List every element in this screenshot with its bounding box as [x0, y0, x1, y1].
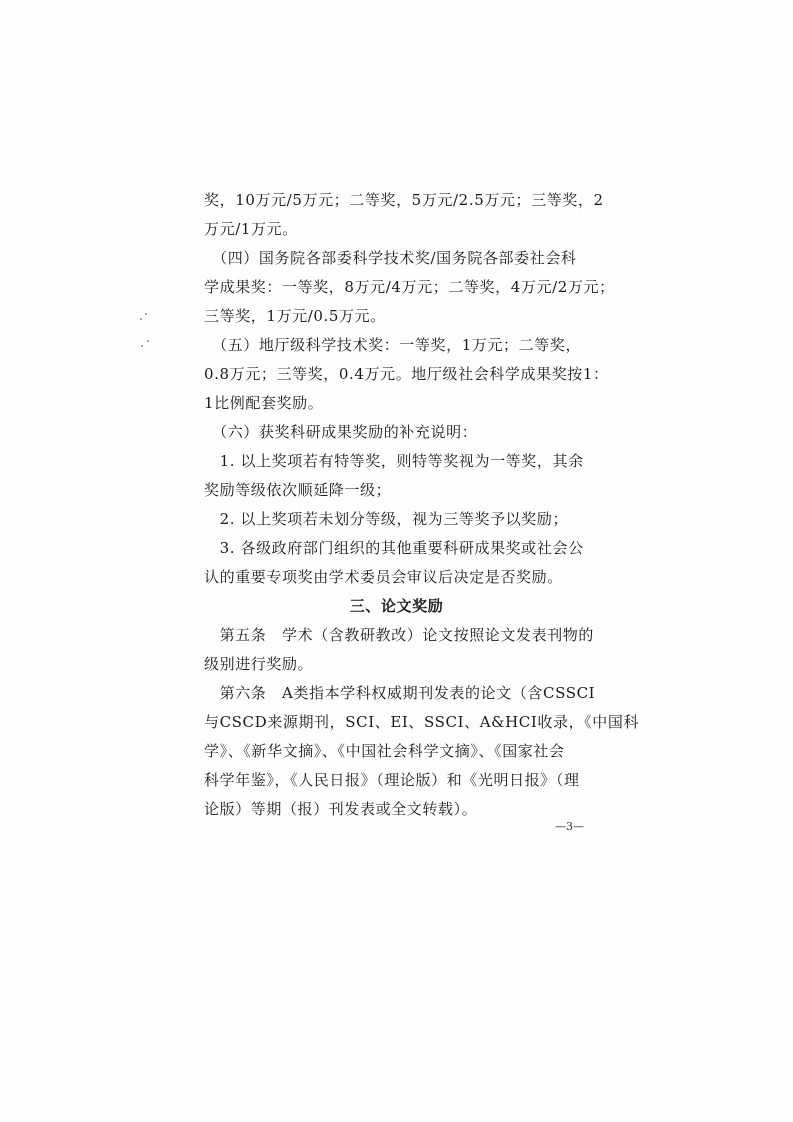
text-line: （六）获奖科研成果奖励的补充说明： — [204, 422, 584, 442]
document-page: 奖，10万元/5万元；二等奖，5万元/2.5万元；三等奖，2 万元/1万元。 （… — [0, 0, 793, 1122]
text-line: 论版）等期（报）刊发表或全文转载）。 — [204, 799, 584, 819]
scan-speck — [141, 345, 143, 347]
text-line: 学成果奖：一等奖，8万元/4万元；二等奖，4万元/2万元； — [204, 277, 584, 297]
scan-speck — [140, 318, 142, 320]
text-line: 0.8万元；三等奖，0.4万元。地厅级社会科学成果奖按1： — [204, 364, 584, 384]
text-line: 第六条 A类指本学科权威期刊发表的论文（含CSSCI — [204, 683, 584, 703]
text-line: 奖励等级依次顺延降一级； — [204, 480, 584, 500]
text-line: 1比例配套奖励。 — [204, 393, 584, 413]
text-line: 3. 各级政府部门组织的其他重要科研成果奖或社会公 — [204, 538, 584, 558]
text-line: 2. 以上奖项若未划分等级，视为三等奖予以奖励； — [204, 509, 584, 529]
text-line: 认的重要专项奖由学术委员会审议后决定是否奖励。 — [204, 567, 584, 587]
scan-speck — [147, 340, 149, 342]
text-line: 奖，10万元/5万元；二等奖，5万元/2.5万元；三等奖，2 — [204, 190, 584, 210]
text-line: 三等奖，1万元/0.5万元。 — [204, 306, 584, 326]
scan-speck — [145, 313, 147, 315]
section-heading: 三、论文奖励 — [0, 596, 793, 616]
text-line: 学》、《新华文摘》、《中国社会科学文摘》、《国家社会 — [204, 741, 584, 761]
text-line: 第五条 学术（含教研教改）论文按照论文发表刊物的 — [204, 625, 584, 645]
text-line: （五）地厅级科学技术奖：一等奖，1万元；二等奖， — [204, 335, 584, 355]
text-line: 科学年鉴》，《人民日报》（理论版）和《光明日报》（理 — [204, 770, 584, 790]
text-line: 1. 以上奖项若有特等奖，则特等奖视为一等奖，其余 — [204, 451, 584, 471]
text-line: 万元/1万元。 — [204, 219, 584, 239]
text-line: （四）国务院各部委科学技术奖/国务院各部委社会科 — [204, 248, 584, 268]
text-line: 与CSCD来源期刊，SCI、EI、SSCI、A&HCI收录，《中国科 — [204, 712, 584, 732]
text-line: 级别进行奖励。 — [204, 654, 584, 674]
page-number: —3— — [555, 820, 584, 833]
